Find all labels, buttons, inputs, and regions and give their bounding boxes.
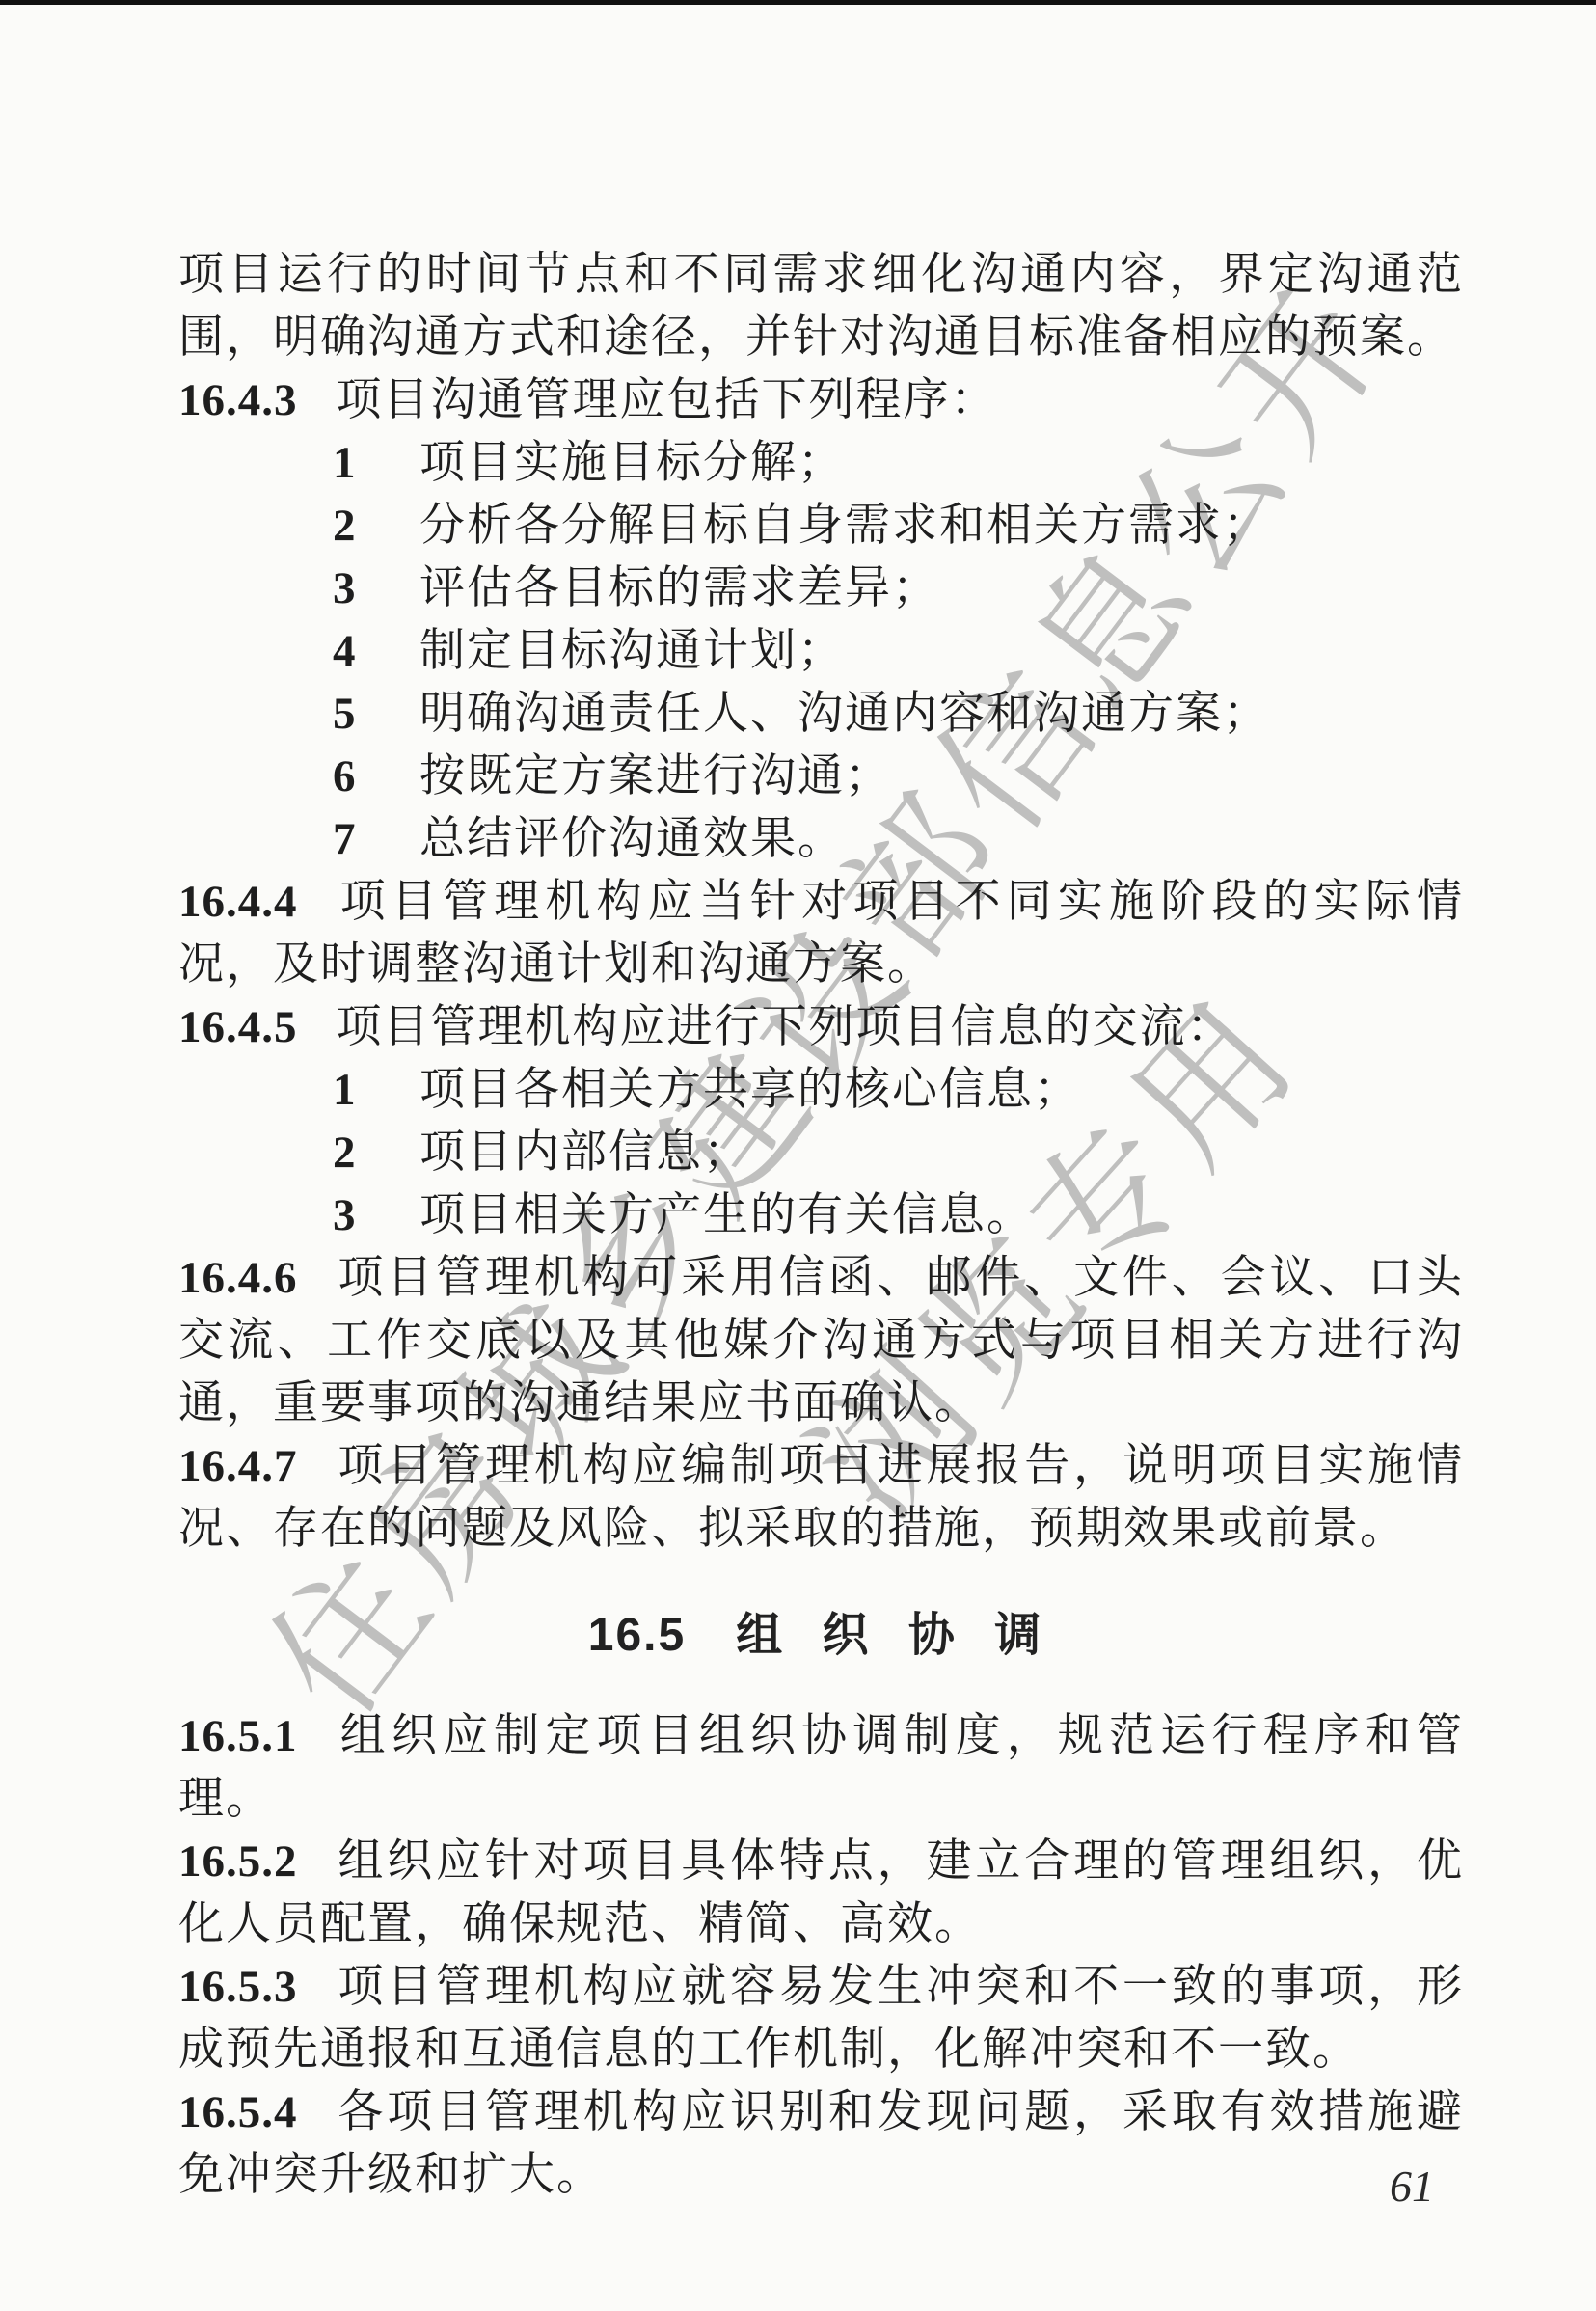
list-item-text: 明确沟通责任人、沟通内容和沟通方案； [419,689,1270,739]
section-heading-number: 16.5 [588,1604,686,1667]
clause-text: 项目管理机构应进行下列项目信息的交流： [337,1002,1234,1052]
list-item-text: 项目实施目标分解； [419,438,845,488]
list-item-number: 4 [333,620,377,683]
page-number: 61 [1390,2161,1434,2212]
clause-text: 项目管理机构应就容易发生冲突和不一致的事项，形成预先通报和互通信息的工作机制，化… [178,1962,1464,2075]
list-item-text: 评估各目标的需求差异； [419,563,939,613]
clause-text: 项目管理机构可采用信函、邮件、文件、会议、口头交流、工作交底以及其他媒介沟通方式… [178,1253,1464,1428]
clause-16-5-4: 16.5.4各项目管理机构应识别和发现问题，采取有效措施避免冲突升级和扩大。 [178,2081,1464,2207]
list-item-number: 1 [333,1059,377,1122]
clause-16-5-1: 16.5.1组织应制定项目组织协调制度，规范运行程序和管理。 [178,1705,1464,1831]
section-heading-title: 组 织 协 调 [736,1604,1054,1667]
clause-text: 组织应制定项目组织协调制度，规范运行程序和管理。 [178,1711,1464,1824]
clause-number: 16.4.6 [178,1253,298,1303]
clause-text: 组织应针对项目具体特点，建立合理的管理组织，优化人员配置，确保规范、精简、高效。 [178,1836,1464,1949]
clause-number: 16.5.4 [178,2087,298,2137]
list-item-number: 1 [333,432,377,495]
list-item-number: 3 [333,557,377,620]
list-item-number: 6 [333,746,377,808]
list-item-number: 3 [333,1184,377,1247]
clause-16-4-6: 16.4.6项目管理机构可采用信函、邮件、文件、会议、口头交流、工作交底以及其他… [178,1247,1464,1435]
list-item-text: 项目各相关方共享的核心信息； [419,1065,1081,1115]
clause-text: 项目沟通管理应包括下列程序： [337,375,998,425]
list-item-text: 总结评价沟通效果。 [419,814,845,864]
list-item-text: 按既定方案进行沟通； [419,751,892,802]
list-item-text: 项目内部信息； [419,1128,750,1178]
text-block: 项目运行的时间节点和不同需求细化沟通内容，界定沟通范围，明确沟通方式和途径，并针… [178,244,1464,2207]
clause-number: 16.5.1 [178,1711,298,1761]
scan-edge-top [0,0,1596,5]
list-item-number: 5 [333,683,377,746]
clause-text: 项目管理机构应编制项目进展报告，说明项目实施情况、存在的问题及风险、拟采取的措施… [178,1441,1464,1554]
list-item: 6按既定方案进行沟通； [178,746,1464,808]
list-item: 7总结评价沟通效果。 [178,808,1464,871]
list-item: 2项目内部信息； [178,1122,1464,1184]
paragraph-continuation: 项目运行的时间节点和不同需求细化沟通内容，界定沟通范围，明确沟通方式和途径，并针… [178,244,1464,369]
clause-text: 各项目管理机构应识别和发现问题，采取有效措施避免冲突升级和扩大。 [178,2087,1464,2200]
list-item: 1项目实施目标分解； [178,432,1464,495]
list-item-number: 2 [333,495,377,557]
list-item-text: 分析各分解目标自身需求和相关方需求； [419,501,1270,551]
list-item-text: 项目相关方产生的有关信息。 [419,1190,1034,1240]
clause-16-4-4: 16.4.4项目管理机构应当针对项目不同实施阶段的实际情况，及时调整沟通计划和沟… [178,871,1464,996]
list-item: 3项目相关方产生的有关信息。 [178,1184,1464,1247]
list-item-number: 2 [333,1122,377,1184]
clause-16-4-5: 16.4.5项目管理机构应进行下列项目信息的交流： [178,996,1464,1059]
list-item: 5明确沟通责任人、沟通内容和沟通方案； [178,683,1464,746]
clause-16-4-3: 16.4.3项目沟通管理应包括下列程序： [178,369,1464,432]
clause-number: 16.4.7 [178,1441,298,1491]
clause-16-4-7: 16.4.7项目管理机构应编制项目进展报告，说明项目实施情况、存在的问题及风险、… [178,1435,1464,1561]
clause-text: 项目管理机构应当针对项目不同实施阶段的实际情况，及时调整沟通计划和沟通方案。 [178,877,1464,990]
list-item-number: 7 [333,808,377,871]
clause-number: 16.4.3 [178,375,298,425]
clause-number: 16.4.5 [178,1002,298,1052]
clause-number: 16.4.4 [178,877,298,927]
list-item: 2分析各分解目标自身需求和相关方需求； [178,495,1464,557]
clause-number: 16.5.2 [178,1836,298,1887]
document-page: 住房城乡建设部信息公开 浏览专用 项目运行的时间节点和不同需求细化沟通内容，界定… [0,0,1596,2311]
clause-16-5-2: 16.5.2组织应针对项目具体特点，建立合理的管理组织，优化人员配置，确保规范、… [178,1831,1464,1956]
list-item: 3评估各目标的需求差异； [178,557,1464,620]
list-item-text: 制定目标沟通计划； [419,626,845,676]
clause-16-5-3: 16.5.3项目管理机构应就容易发生冲突和不一致的事项，形成预先通报和互通信息的… [178,1956,1464,2081]
section-heading-16-5: 16.5 组 织 协 调 [178,1604,1464,1667]
clause-number: 16.5.3 [178,1962,298,2012]
list-item: 1项目各相关方共享的核心信息； [178,1059,1464,1122]
list-item: 4制定目标沟通计划； [178,620,1464,683]
